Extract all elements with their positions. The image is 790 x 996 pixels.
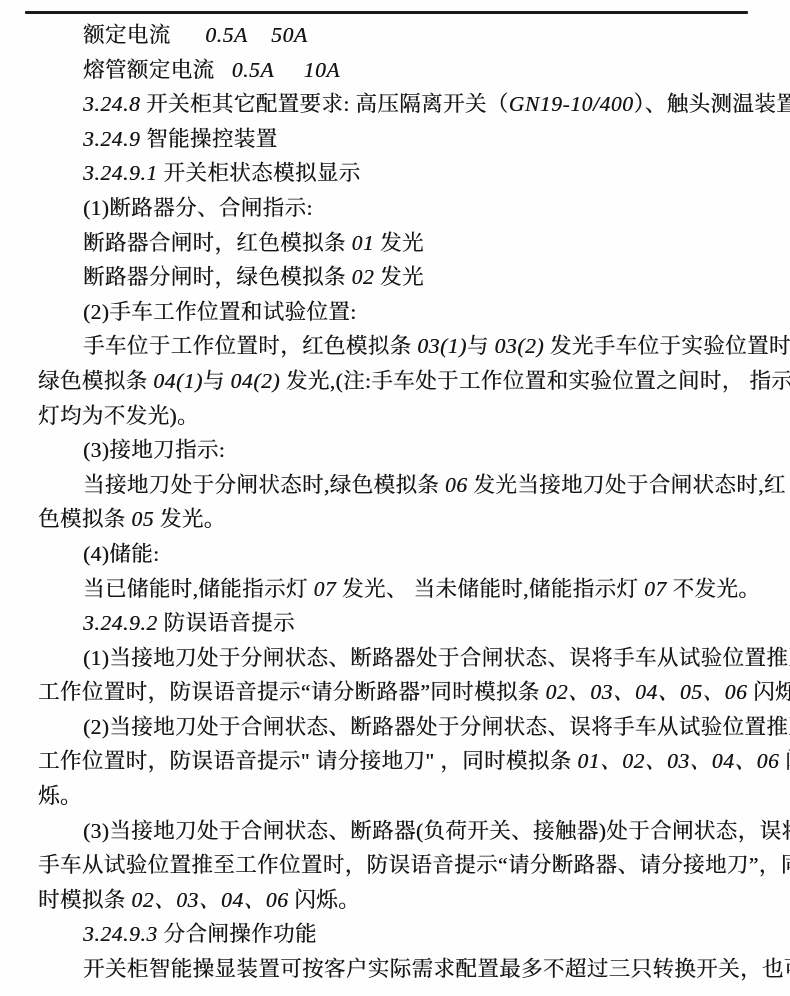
text-segment: 开关柜状态模拟显示 bbox=[158, 161, 361, 185]
numeric-segment: 3.24.9.2 bbox=[83, 611, 158, 635]
numeric-segment: 01 bbox=[352, 231, 375, 255]
text-segment: 工作位置时，防误语音提示" 请分接地刀" ，同时模拟条 bbox=[38, 749, 577, 773]
text-line: 3.24.9 智能操控装置 bbox=[38, 122, 758, 157]
text-segment: 色模拟条 bbox=[38, 507, 131, 531]
text-segment: 开关柜智能操显装置可按客户实际需求配置最多不超过三只转换开关，也可 bbox=[83, 957, 790, 981]
numeric-segment: 3.24.9.3 bbox=[83, 922, 158, 946]
text-line: 断路器合闸时，红色模拟条 01 发光 bbox=[38, 226, 758, 261]
numeric-segment: 02、03、04、05、06 bbox=[545, 680, 747, 704]
numeric-segment: 03(2) bbox=[495, 334, 545, 358]
text-line: (3)接地刀指示: bbox=[38, 433, 758, 468]
numeric-segment: 04(1) bbox=[153, 369, 203, 393]
text-segment: 开关柜其它配置要求: 高压隔离开关（ bbox=[140, 92, 508, 116]
text-line: 工作位置时，防误语音提示“请分断路器”同时模拟条 02、03、04、05、06 … bbox=[38, 675, 758, 710]
text-line: (1)当接地刀处于分闸状态、断路器处于合闸状态、误将手车从试验位置推至 bbox=[38, 641, 758, 676]
text-segment: 闪 bbox=[779, 749, 790, 773]
numeric-segment: 03(1) bbox=[417, 334, 467, 358]
text-line: 当已储能时,储能指示灯 07 发光、 当未储能时,储能指示灯 07 不发光。 bbox=[38, 572, 758, 607]
text-line: 灯均为不发光)。 bbox=[38, 399, 758, 434]
numeric-segment: 3.24.9 bbox=[83, 127, 140, 151]
text-segment: ）、触头测温装置 bbox=[634, 92, 790, 116]
text-segment: 与 bbox=[203, 369, 231, 393]
text-segment: 熔管额定电流 bbox=[83, 58, 232, 82]
text-segment: 发光当接地刀处于合闸状态时,红 bbox=[468, 473, 786, 497]
text-segment: (1)断路器分、合闸指示: bbox=[83, 196, 313, 220]
text-line: (3)当接地刀处于合闸状态、断路器(负荷开关、接触器)处于合闸状态，误将 bbox=[38, 814, 758, 849]
numeric-segment: 0.5A 50A bbox=[205, 23, 307, 47]
text-segment: 手车位于工作位置时，红色模拟条 bbox=[83, 334, 417, 358]
text-line: 3.24.8 开关柜其它配置要求: 高压隔离开关（GN19-10/400）、触头… bbox=[38, 87, 758, 122]
text-segment: (2)当接地刀处于合闸状态、断路器处于分闸状态、误将手车从试验位置推至 bbox=[83, 715, 790, 739]
text-segment: 发光 bbox=[374, 231, 424, 255]
text-segment: 烁。 bbox=[38, 784, 82, 808]
numeric-segment: 02 bbox=[352, 265, 375, 289]
text-segment: (2)手车工作位置和试验位置: bbox=[83, 300, 357, 324]
text-segment: 绿色模拟条 bbox=[38, 369, 153, 393]
text-line: 断路器分闸时，绿色模拟条 02 发光 bbox=[38, 260, 758, 295]
text-segment: 手车从试验位置推至工作位置时，防误语音提示“请分断路器、请分接地刀”，同 bbox=[38, 853, 790, 877]
numeric-segment: 04(2) bbox=[231, 369, 281, 393]
text-segment: (1)当接地刀处于分闸状态、断路器处于合闸状态、误将手车从试验位置推至 bbox=[83, 646, 790, 670]
text-line: (1)断路器分、合闸指示: bbox=[38, 191, 758, 226]
text-segment: 闪烁。 bbox=[747, 680, 790, 704]
text-segment: 灯均为不发光)。 bbox=[38, 404, 199, 428]
numeric-segment: 06 bbox=[445, 473, 468, 497]
text-segment: 发光、 当未储能时,储能指示灯 bbox=[336, 577, 644, 601]
text-segment: 防误语音提示 bbox=[158, 611, 295, 635]
text-line: 熔管额定电流 0.5A 10A bbox=[38, 53, 758, 88]
numeric-segment: GN19-10/400 bbox=[509, 92, 634, 116]
text-segment: 发光手车位于实验位置时， bbox=[544, 334, 790, 358]
document-page: 额定电流 0.5A 50A熔管额定电流 0.5A 10A3.24.8 开关柜其它… bbox=[0, 0, 790, 996]
numeric-segment: 3.24.8 bbox=[83, 92, 140, 116]
text-segment: 断路器分闸时，绿色模拟条 bbox=[83, 265, 352, 289]
text-segment: (3)接地刀指示: bbox=[83, 438, 225, 462]
text-segment: 与 bbox=[467, 334, 495, 358]
text-line: (2)当接地刀处于合闸状态、断路器处于分闸状态、误将手车从试验位置推至 bbox=[38, 710, 758, 745]
text-segment: (3)当接地刀处于合闸状态、断路器(负荷开关、接触器)处于合闸状态，误将 bbox=[83, 819, 790, 843]
text-segment: 额定电流 bbox=[83, 23, 205, 47]
text-line: 时模拟条 02、03、04、06 闪烁。 bbox=[38, 883, 758, 918]
numeric-segment: 05 bbox=[131, 507, 154, 531]
text-segment: 发光,(注:手车处于工作位置和实验位置之间时， 指示 bbox=[280, 369, 790, 393]
text-line: 3.24.9.1 开关柜状态模拟显示 bbox=[38, 156, 758, 191]
text-segment: 发光。 bbox=[154, 507, 225, 531]
text-segment: 时模拟条 bbox=[38, 888, 131, 912]
text-line: 烁。 bbox=[38, 779, 758, 814]
text-segment: 不发光。 bbox=[667, 577, 760, 601]
numeric-segment: 02、03、04、06 bbox=[131, 888, 288, 912]
text-line: 手车从试验位置推至工作位置时，防误语音提示“请分断路器、请分接地刀”，同 bbox=[38, 848, 758, 883]
text-segment: (4)储能: bbox=[83, 542, 159, 566]
text-line: 当接地刀处于分闸状态时,绿色模拟条 06 发光当接地刀处于合闸状态时,红 bbox=[38, 468, 758, 503]
page: { "page": { "background": "#fefefe", "in… bbox=[0, 0, 790, 996]
document-body: 额定电流 0.5A 50A熔管额定电流 0.5A 10A3.24.8 开关柜其它… bbox=[38, 18, 758, 987]
text-line: (4)储能: bbox=[38, 537, 758, 572]
numeric-segment: 3.24.9.1 bbox=[83, 161, 158, 185]
text-segment: 发光 bbox=[374, 265, 424, 289]
numeric-segment: 07 bbox=[644, 577, 667, 601]
top-rule bbox=[25, 11, 748, 14]
text-line: 绿色模拟条 04(1)与 04(2) 发光,(注:手车处于工作位置和实验位置之间… bbox=[38, 364, 758, 399]
text-line: 色模拟条 05 发光。 bbox=[38, 502, 758, 537]
numeric-segment: 01、02、03、04、06 bbox=[577, 749, 779, 773]
numeric-segment: 0.5A 10A bbox=[232, 58, 340, 82]
text-segment: 智能操控装置 bbox=[140, 127, 277, 151]
text-segment: 闪烁。 bbox=[289, 888, 360, 912]
text-segment: 分合闸操作功能 bbox=[158, 922, 317, 946]
text-segment: 当接地刀处于分闸状态时,绿色模拟条 bbox=[83, 473, 445, 497]
text-line: 3.24.9.2 防误语音提示 bbox=[38, 606, 758, 641]
text-segment: 工作位置时，防误语音提示“请分断路器”同时模拟条 bbox=[38, 680, 545, 704]
text-segment: 当已储能时,储能指示灯 bbox=[83, 577, 314, 601]
text-line: (2)手车工作位置和试验位置: bbox=[38, 295, 758, 330]
text-segment: 断路器合闸时，红色模拟条 bbox=[83, 231, 352, 255]
text-line: 3.24.9.3 分合闸操作功能 bbox=[38, 917, 758, 952]
text-line: 手车位于工作位置时，红色模拟条 03(1)与 03(2) 发光手车位于实验位置时… bbox=[38, 329, 758, 364]
text-line: 额定电流 0.5A 50A bbox=[38, 18, 758, 53]
numeric-segment: 07 bbox=[314, 577, 337, 601]
text-line: 开关柜智能操显装置可按客户实际需求配置最多不超过三只转换开关，也可 bbox=[38, 952, 758, 987]
text-line: 工作位置时，防误语音提示" 请分接地刀" ，同时模拟条 01、02、03、04、… bbox=[38, 744, 758, 779]
